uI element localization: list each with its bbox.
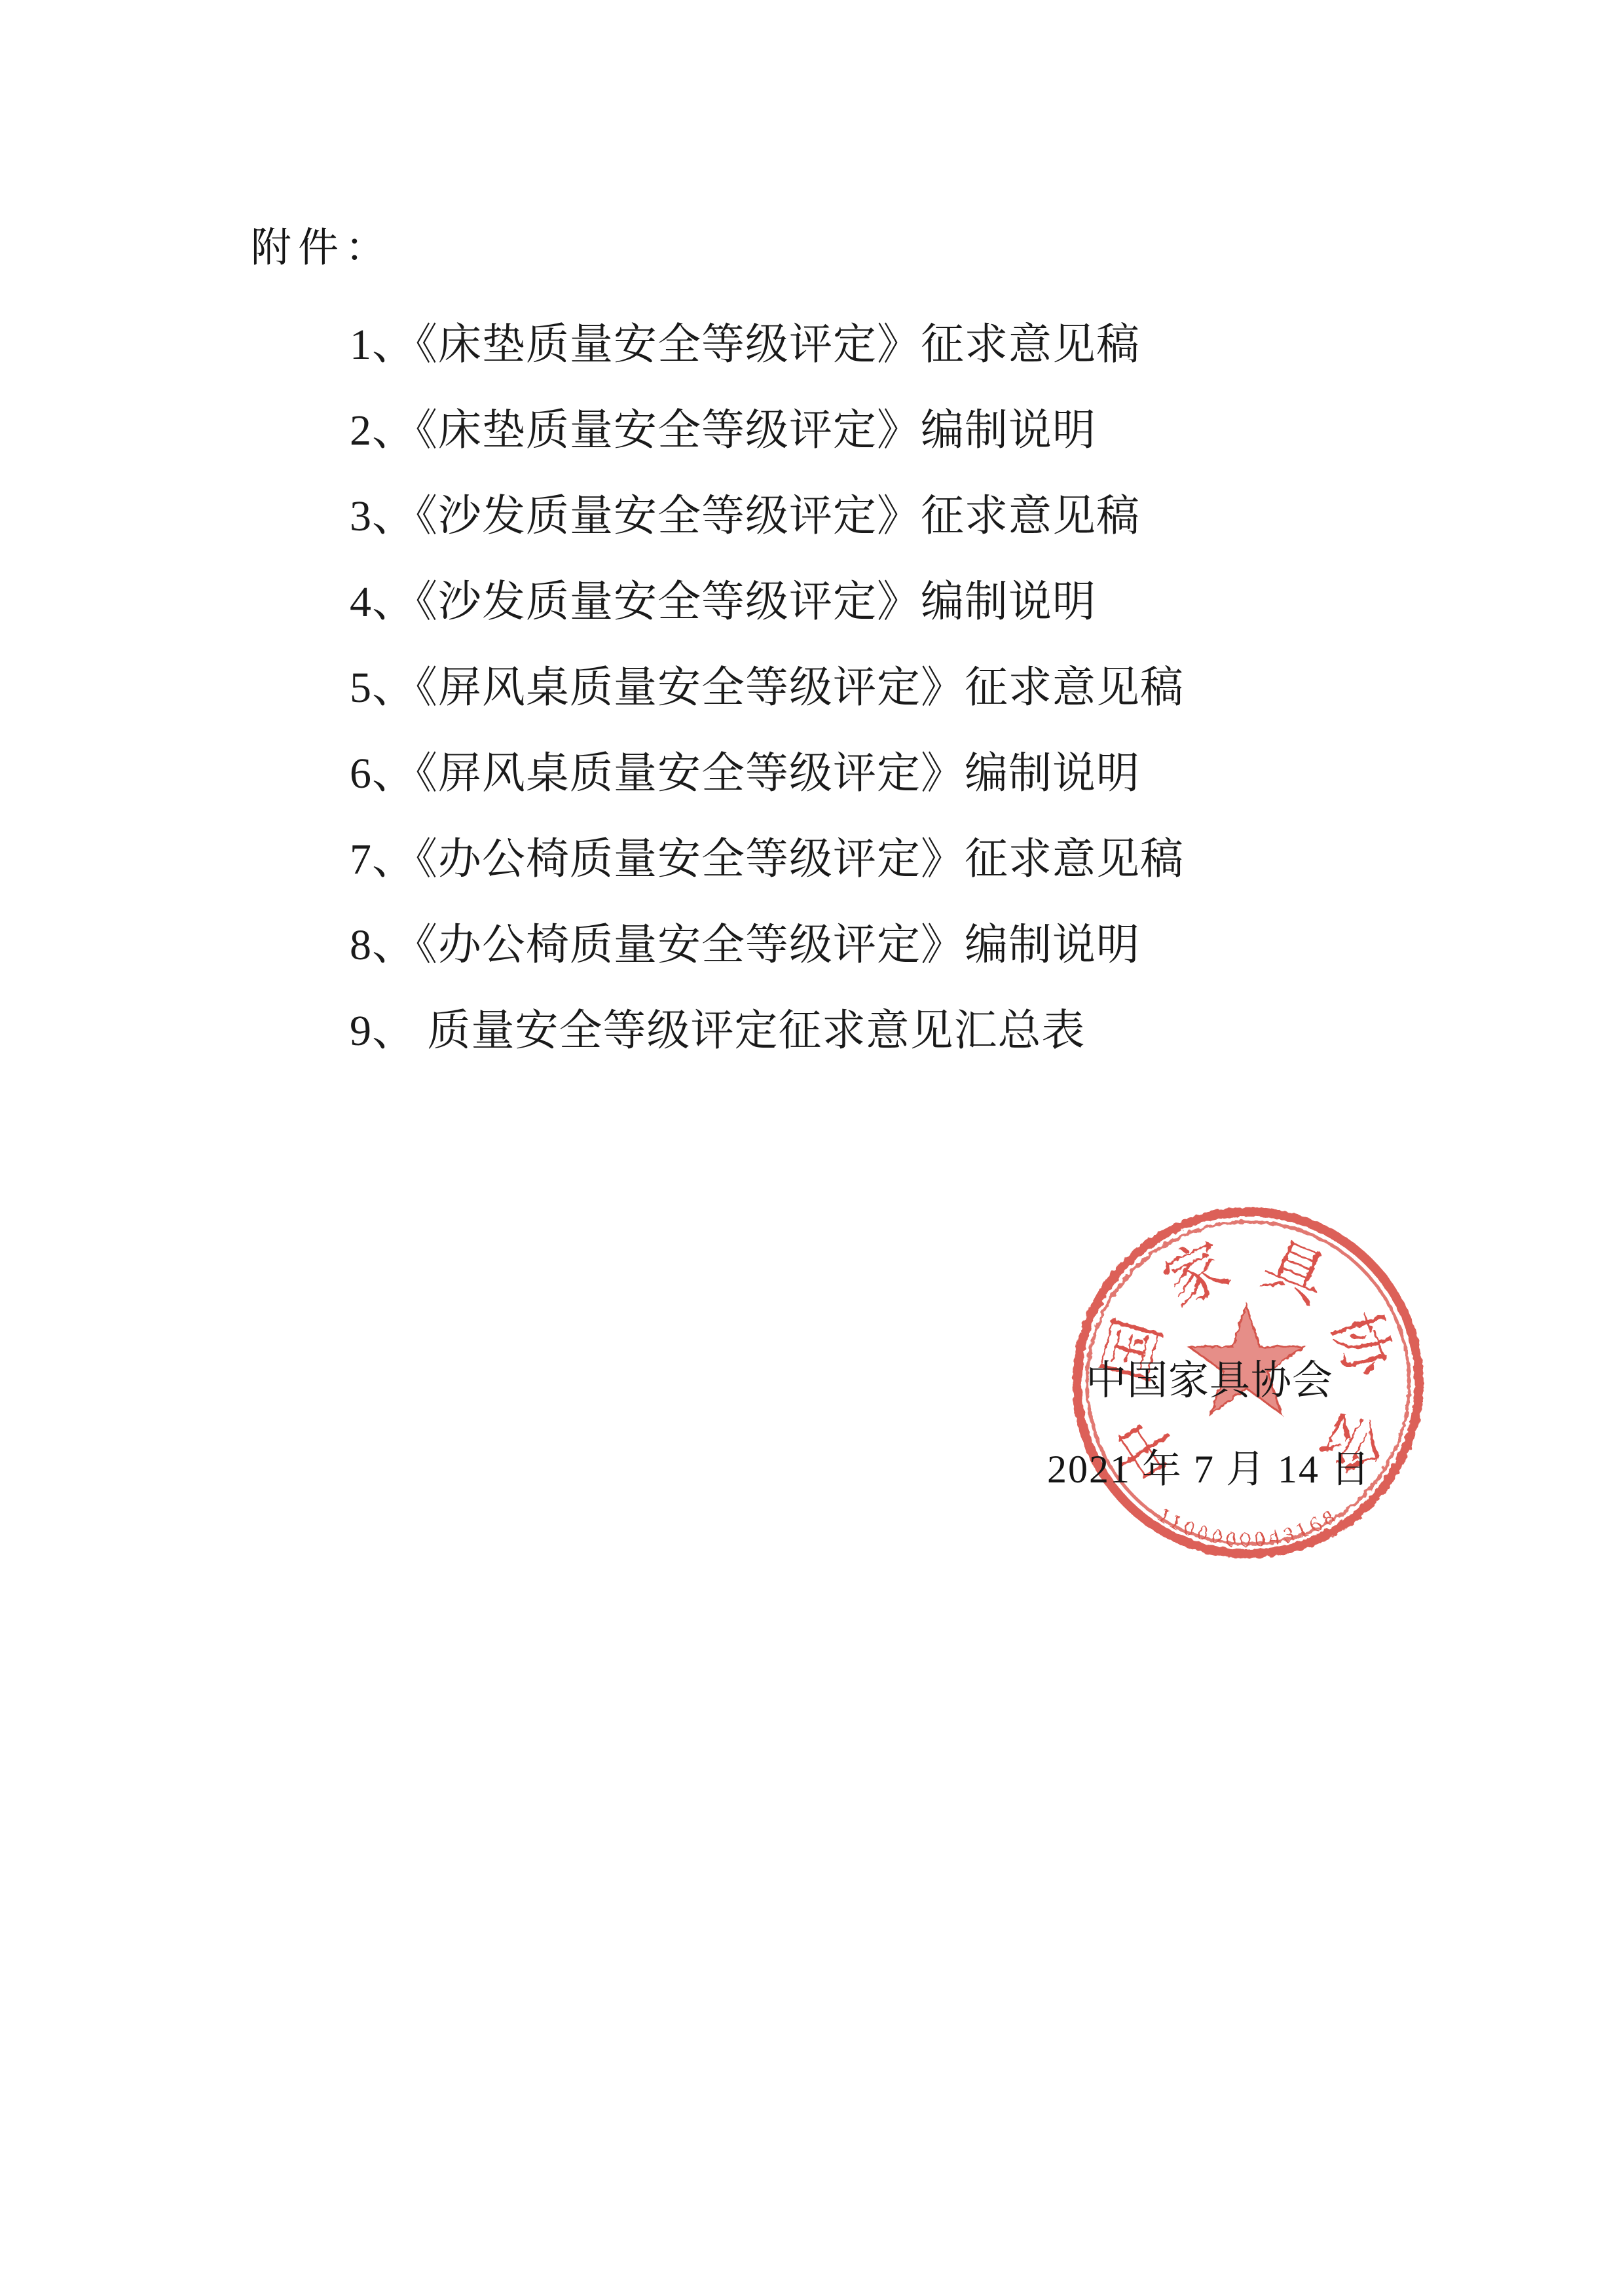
attachment-item-8: 8、《办公椅质量安全等级评定》编制说明	[350, 898, 1184, 983]
attachment-item-1: 1、《床垫质量安全等级评定》征求意见稿	[350, 297, 1184, 383]
attachment-item-5: 5、《屏风桌质量安全等级评定》征求意见稿	[350, 640, 1184, 726]
attachment-item-6: 6、《屏风桌质量安全等级评定》编制说明	[350, 726, 1184, 812]
attachment-label: 附件：	[251, 224, 392, 272]
attachment-item-9: 9、 质量安全等级评定征求意见汇总表	[350, 983, 1184, 1069]
attachment-list: 1、《床垫质量安全等级评定》征求意见稿 2、《床垫质量安全等级评定》编制说明 3…	[350, 297, 1184, 1069]
attachment-item-3: 3、《沙发质量安全等级评定》征求意见稿	[350, 469, 1184, 555]
signature-org: 中国家具协会	[1086, 1348, 1333, 1406]
attachment-item-4: 4、《沙发质量安全等级评定》编制说明	[350, 555, 1184, 640]
document-page: 附件： 1、《床垫质量安全等级评定》征求意见稿 2、《床垫质量安全等级评定》编制…	[0, 0, 1624, 2295]
attachment-item-7: 7、《办公椅质量安全等级评定》征求意见稿	[350, 812, 1184, 898]
signature-date: 2021 年 7 月 14 日	[1047, 1438, 1371, 1494]
attachment-item-2: 2、《床垫质量安全等级评定》编制说明	[350, 383, 1184, 469]
